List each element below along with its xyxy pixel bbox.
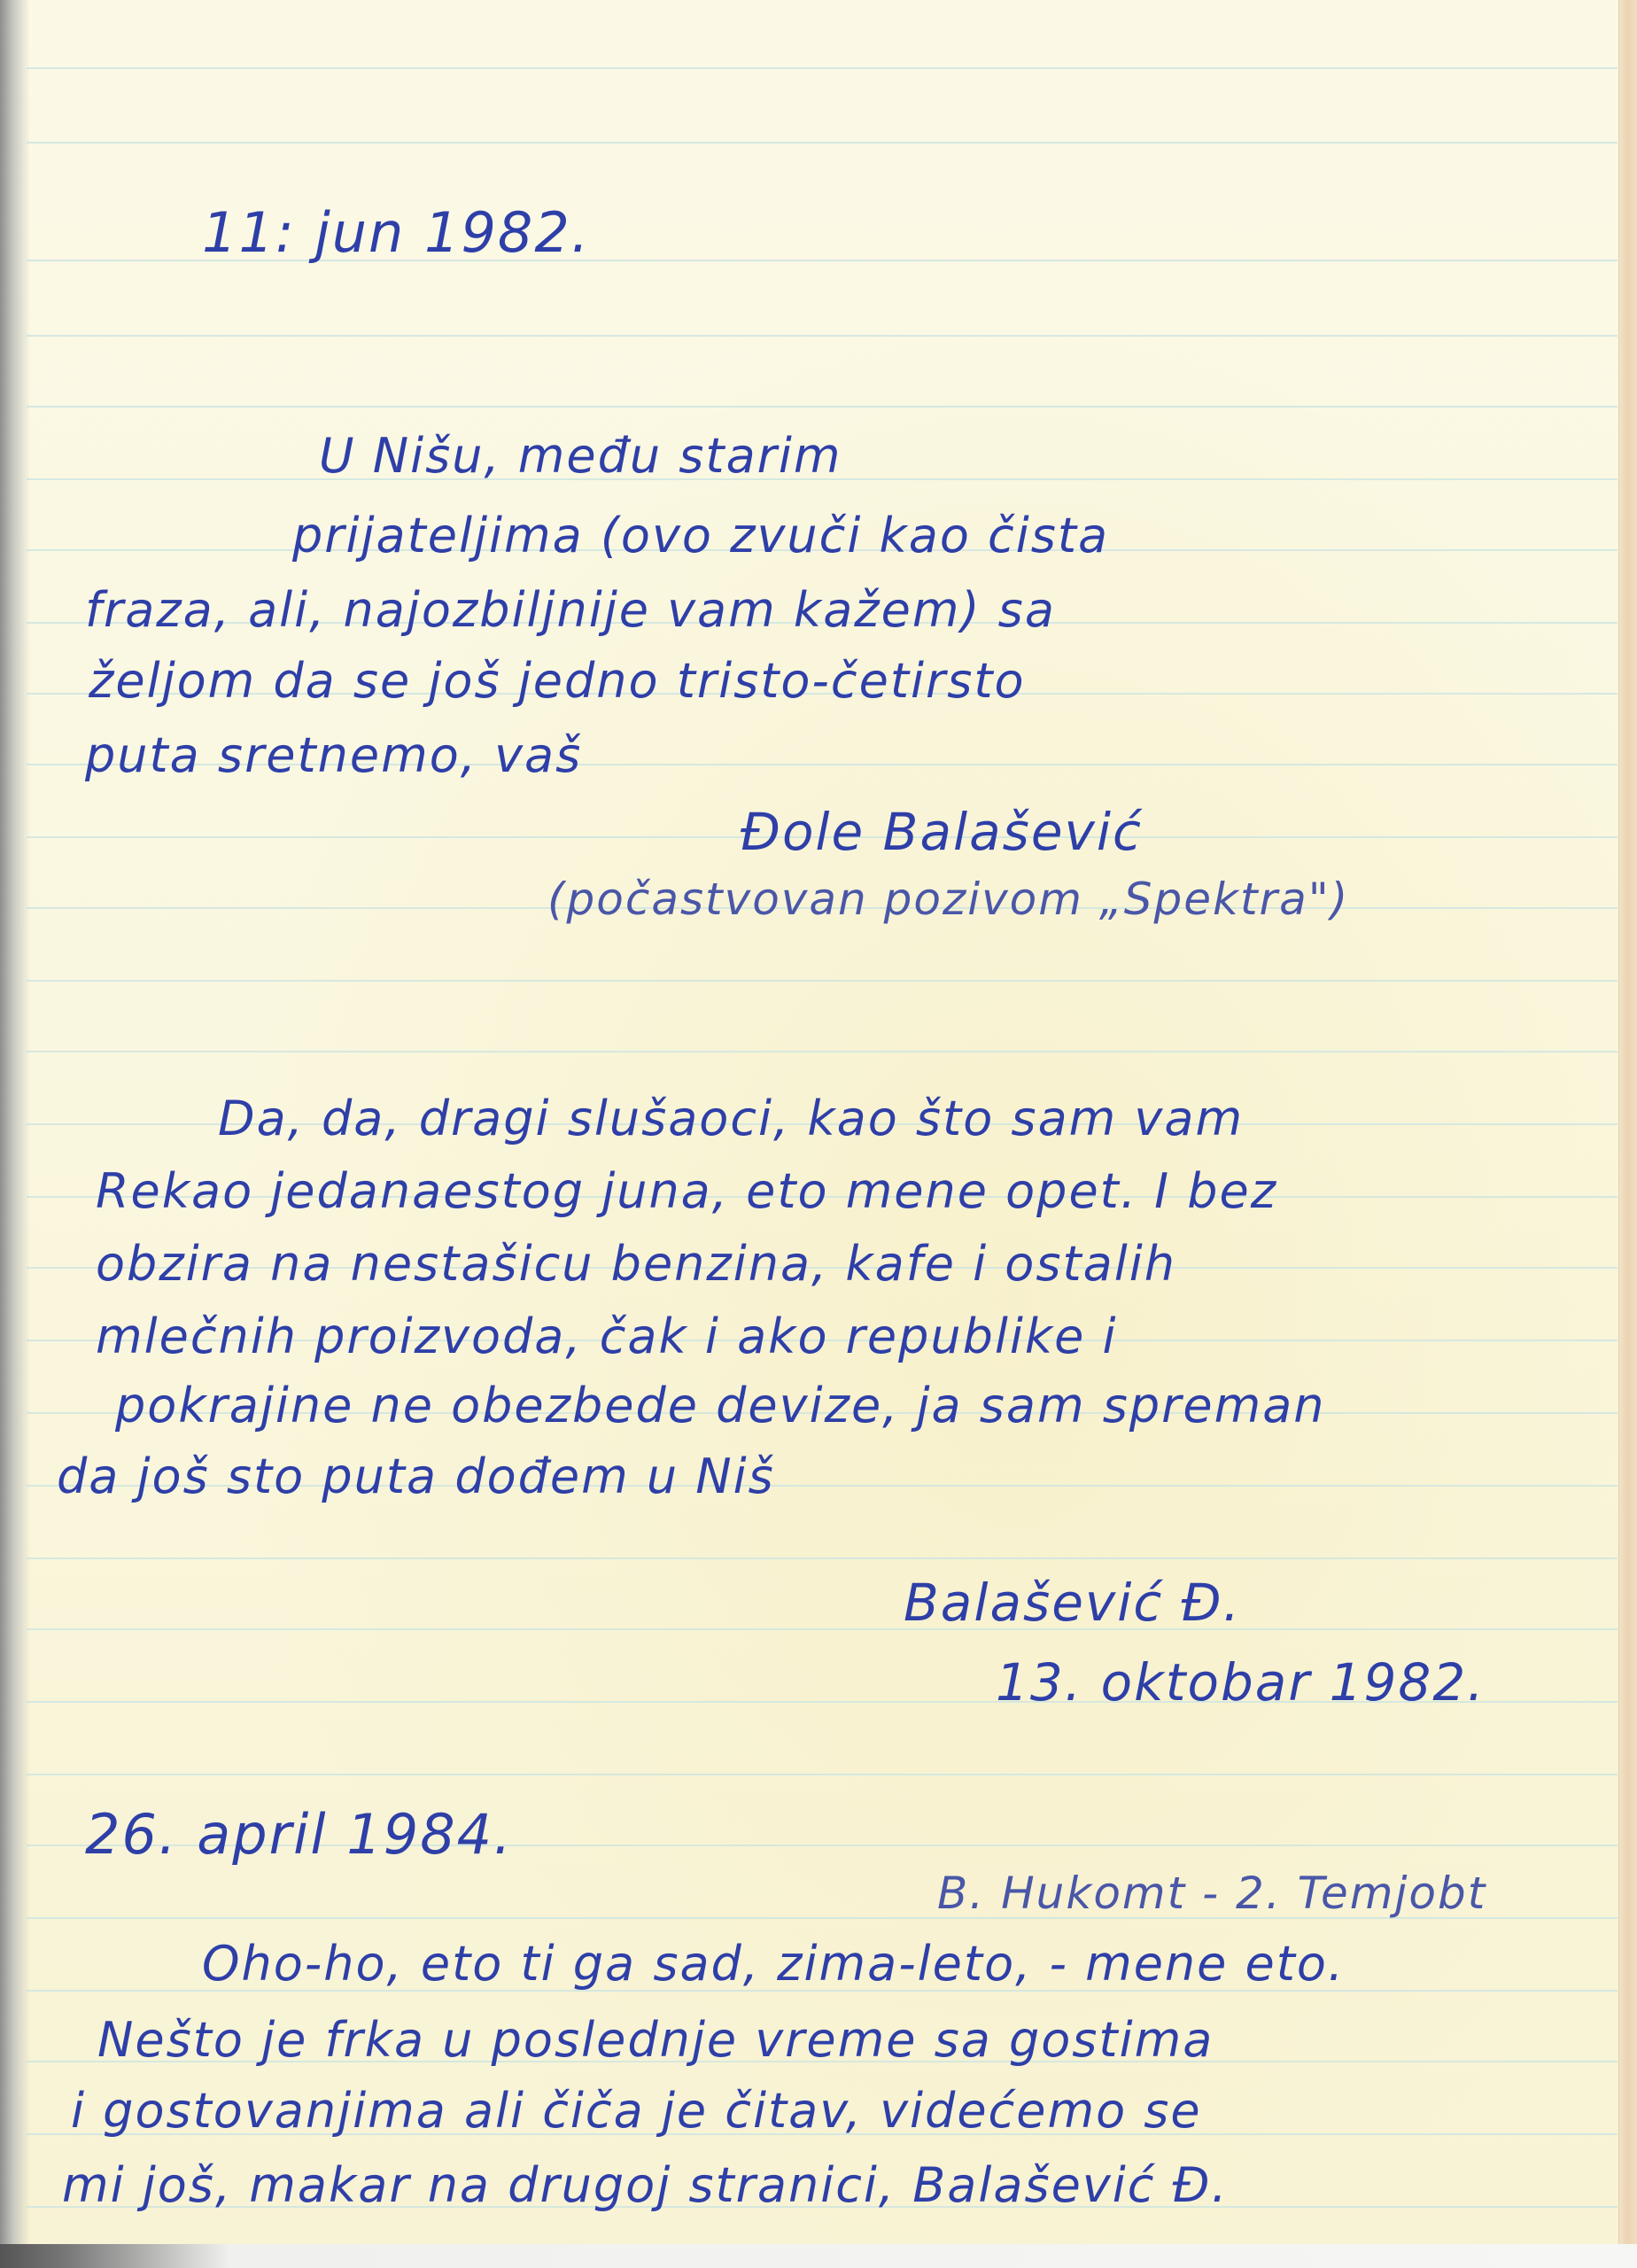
entry-2-line: Rekao jedanaestog juna, eto mene opet. I… xyxy=(96,1168,1277,1216)
entry-2-signature: Balašević Đ. xyxy=(904,1577,1241,1628)
ruled-line xyxy=(27,1051,1618,1052)
ruled-line xyxy=(27,335,1618,337)
notebook-page: 11: jun 1982. U Nišu, među starim prijat… xyxy=(0,0,1637,2244)
entry-1-note: (počastvovan pozivom „Spektra") xyxy=(547,877,1349,921)
ruled-line xyxy=(27,142,1618,144)
entry-2-line: Da, da, dragi slušaoci, kao što sam vam xyxy=(218,1095,1244,1143)
entry-3-date: 26. april 1984. xyxy=(85,1807,513,1862)
entry-1-line: željom da se još jedno tristo-četirsto xyxy=(89,657,1026,705)
entry-1-line: fraza, ali, najozbiljnije vam kažem) sa xyxy=(85,586,1056,634)
entry-1-line: puta sretnemo, vaš xyxy=(85,732,582,780)
ruled-line xyxy=(27,1628,1618,1630)
entry-2-line: obzira na nestašicu benzina, kafe i osta… xyxy=(96,1240,1176,1288)
ruled-line xyxy=(27,1557,1618,1559)
entry-2-line: mlečnih proizvoda, čak i ako republike i xyxy=(96,1313,1118,1361)
entry-3-line: Nešto je frka u poslednje vreme sa gosti… xyxy=(97,2016,1214,2064)
entry-1-date: 11: jun 1982. xyxy=(202,206,591,260)
entry-1-signature: Đole Balašević xyxy=(741,806,1143,858)
entry-1-line: U Nišu, među starim xyxy=(319,432,842,480)
entry-3-line: i gostovanjima ali čiča je čitav, videće… xyxy=(71,2087,1202,2135)
entry-3-margin-note: B. Hukomt - 2. Temjobt xyxy=(937,1871,1486,1915)
scan-background xyxy=(0,2244,1637,2268)
entry-2-line: pokrajine ne obezbede devize, ja sam spr… xyxy=(115,1382,1326,1430)
entry-3-line: Oho-ho, eto ti ga sad, zima-leto, - mene… xyxy=(202,1940,1345,1988)
entry-3-line: mi još, makar na drugoj stranici, Balaše… xyxy=(62,2162,1229,2210)
entry-2-date: 13. oktobar 1982. xyxy=(996,1657,1486,1708)
page-edge xyxy=(1618,0,1637,2244)
entry-2-line: da još sto puta dođem u Niš xyxy=(57,1453,775,1501)
ruled-line xyxy=(27,67,1618,69)
ruled-line xyxy=(27,406,1618,408)
ruled-line xyxy=(27,1774,1618,1775)
ruled-line xyxy=(27,980,1618,982)
entry-1-line: prijateljima (ovo zvuči kao čista xyxy=(292,512,1109,560)
